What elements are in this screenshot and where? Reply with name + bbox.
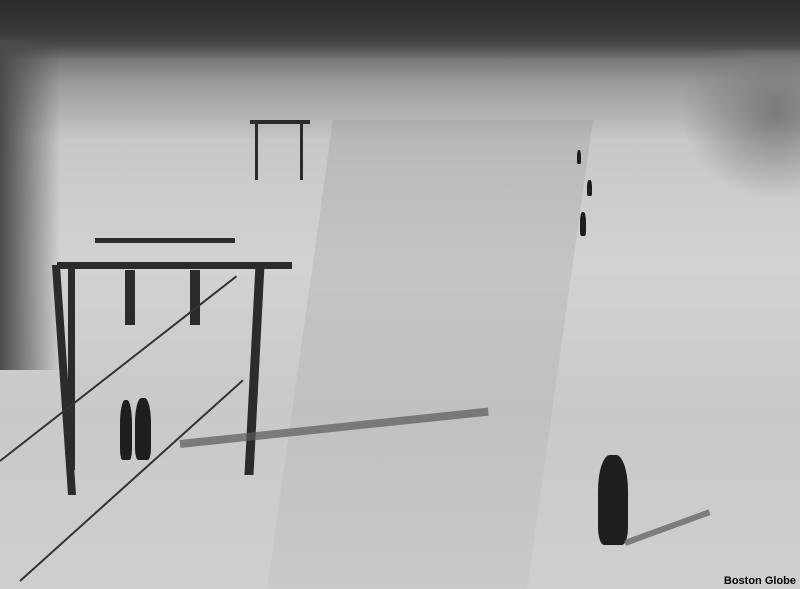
skier-waiting-1 bbox=[120, 400, 132, 460]
skier-waiting-2 bbox=[135, 398, 151, 460]
skier-shadow bbox=[624, 509, 711, 545]
skier-distant-3 bbox=[577, 150, 581, 164]
ski-trail bbox=[267, 120, 593, 589]
ski-slope-photo: Boston Globe bbox=[0, 0, 800, 589]
left-woods bbox=[0, 40, 60, 370]
right-woods bbox=[680, 50, 800, 200]
skier-foreground bbox=[598, 455, 628, 545]
skier-distant-1 bbox=[580, 212, 586, 236]
skier-distant-2 bbox=[587, 180, 592, 196]
lift-cable bbox=[19, 380, 243, 582]
photo-credit: Boston Globe bbox=[724, 575, 796, 587]
